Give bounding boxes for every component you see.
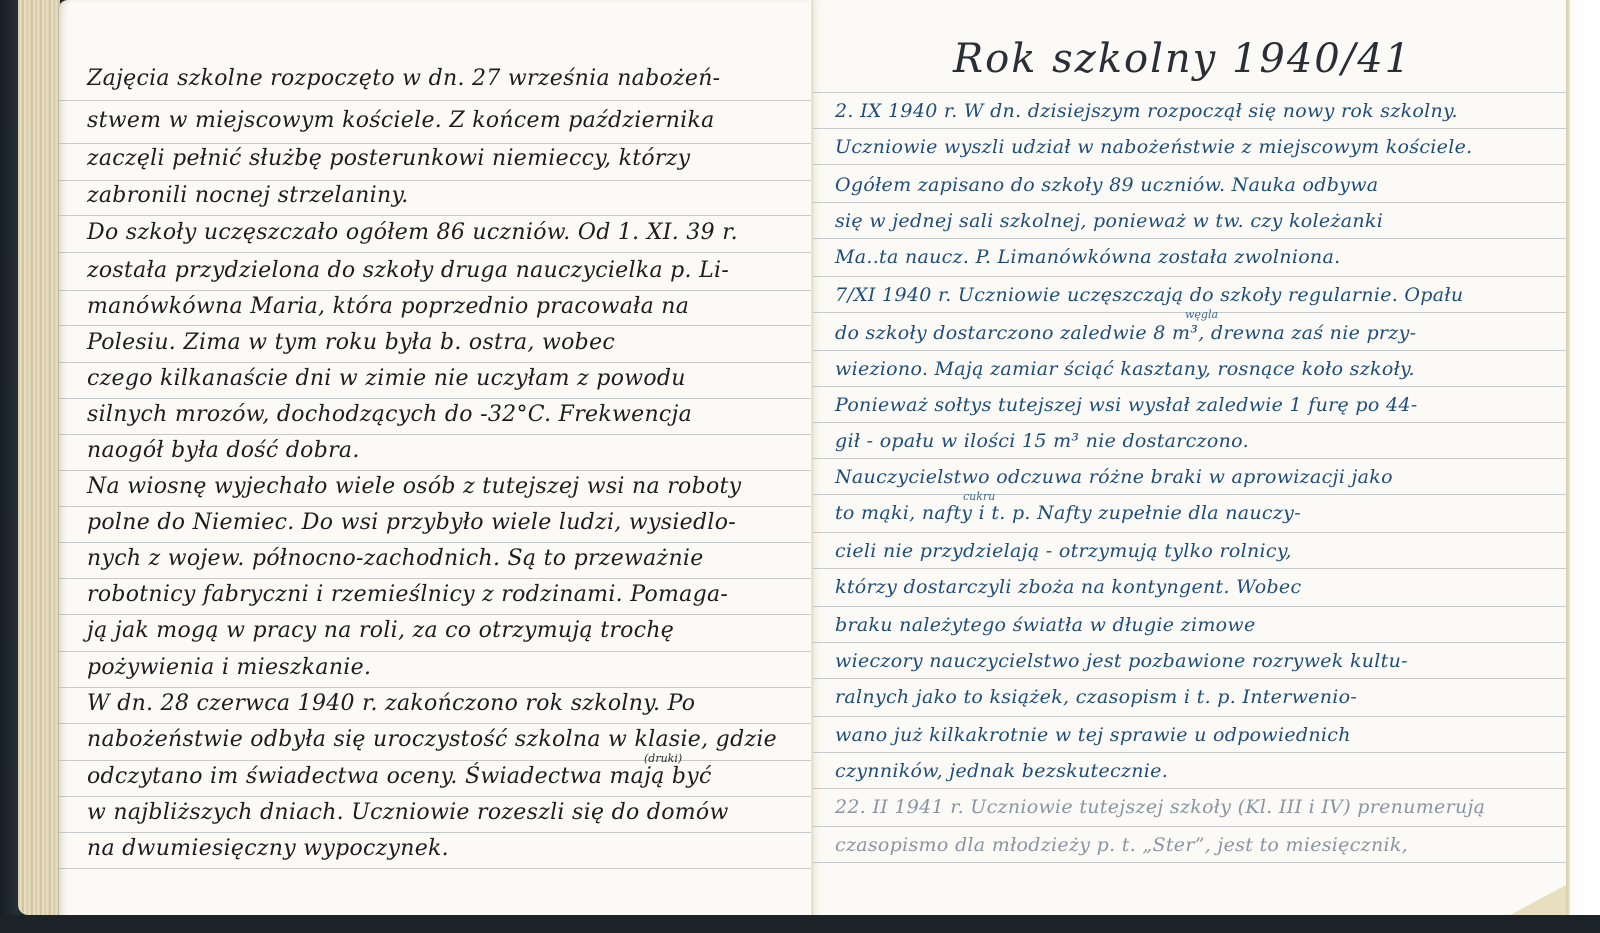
handwritten-line: wieziono. Mają zamiar ściąć kasztany, ro… bbox=[835, 358, 1415, 380]
ruling-line bbox=[813, 350, 1566, 351]
handwritten-line: nabożeństwie odbyła się uroczystość szko… bbox=[87, 727, 777, 752]
ruling-line bbox=[813, 568, 1566, 569]
ruling-line bbox=[59, 290, 814, 291]
ruling-line bbox=[59, 832, 814, 833]
handwritten-line: manówkówna Maria, która poprzednio praco… bbox=[87, 294, 689, 319]
handwritten-line: do szkoły dostarczono zaledwie 8 m³, dre… bbox=[835, 322, 1416, 344]
handwritten-line: zabronili nocnej strzelaniny. bbox=[87, 183, 409, 208]
interlinear-note: (druki) bbox=[644, 752, 682, 765]
ruling-line bbox=[813, 422, 1566, 423]
ruling-line bbox=[59, 687, 814, 688]
handwritten-line: 7/XI 1940 r. Uczniowie uczęszczają do sz… bbox=[835, 284, 1463, 306]
handwritten-line: cieli nie przydzielają - otrzymują tylko… bbox=[835, 540, 1292, 562]
handwritten-line: zaczęli pełnić służbę posterunkowi niemi… bbox=[87, 146, 690, 171]
ruling-line bbox=[813, 276, 1566, 277]
handwritten-line: naogół była dość dobra. bbox=[87, 438, 360, 463]
handwritten-line: wano już kilkakrotnie w tej sprawie u od… bbox=[835, 724, 1351, 746]
page-title: Rok szkolny 1940/41 bbox=[953, 36, 1412, 82]
ruling-line bbox=[59, 362, 814, 363]
ruling-line bbox=[59, 252, 814, 253]
ruling-line bbox=[813, 532, 1566, 533]
ruling-line bbox=[813, 606, 1566, 607]
handwritten-line: ją jak mogą w pracy na roli, za co otrzy… bbox=[87, 618, 674, 643]
handwritten-line: nych z wojew. północno-zachodnich. Są to… bbox=[87, 546, 704, 571]
ruling-line bbox=[813, 128, 1566, 129]
ruling-line bbox=[813, 716, 1566, 717]
ruling-line bbox=[813, 826, 1566, 827]
handwritten-line: się w jednej sali szkolnej, ponieważ w t… bbox=[835, 210, 1383, 232]
handwritten-line: Ponieważ sołtys tutejszej wsi wysłał zal… bbox=[835, 394, 1417, 416]
handwritten-line: czasopismo dla młodzieży p. t. „Ster”, j… bbox=[835, 834, 1408, 856]
page-corner-fold bbox=[1510, 885, 1566, 915]
ruling-line bbox=[813, 386, 1566, 387]
handwritten-line: robotnicy fabryczni i rzemieślnicy z rod… bbox=[87, 582, 728, 607]
handwritten-line: polne do Niemiec. Do wsi przybyło wiele … bbox=[87, 510, 736, 535]
ruling-line bbox=[59, 143, 814, 144]
ruling-line bbox=[813, 458, 1566, 459]
handwritten-line: gił - opału w ilości 15 m³ nie dostarczo… bbox=[835, 430, 1249, 452]
handwritten-line: pożywienia i mieszkanie. bbox=[87, 655, 371, 680]
ruling-line bbox=[813, 752, 1566, 753]
ruling-line bbox=[59, 868, 814, 869]
handwritten-line: Na wiosnę wyjechało wiele osób z tutejsz… bbox=[87, 474, 741, 499]
ruling-line bbox=[813, 238, 1566, 239]
handwritten-line: W dn. 28 czerwca 1940 r. zakończono rok … bbox=[87, 691, 695, 716]
notebook-spread: Zajęcia szkolne rozpoczęto w dn. 27 wrze… bbox=[0, 0, 1600, 933]
ruling-line bbox=[59, 470, 814, 471]
handwritten-line: Uczniowie wyszli udział w nabożeństwie z… bbox=[835, 136, 1472, 158]
ruling-line bbox=[59, 506, 814, 507]
ruling-line bbox=[59, 578, 814, 579]
handwritten-line: Nauczycielstwo odczuwa różne braki w apr… bbox=[835, 466, 1393, 488]
handwritten-line: to mąki, nafty i t. p. Nafty zupełnie dl… bbox=[835, 502, 1301, 524]
ruling-line bbox=[59, 100, 814, 101]
left-page: Zajęcia szkolne rozpoczęto w dn. 27 wrze… bbox=[58, 0, 814, 920]
page-edge-right bbox=[1566, 0, 1600, 933]
ruling-line bbox=[813, 202, 1566, 203]
handwritten-line: w najbliższych dniach. Uczniowie rozeszl… bbox=[87, 800, 729, 825]
handwritten-line: Ma..ta naucz. P. Limanówkówna została zw… bbox=[835, 246, 1340, 268]
ruling-line bbox=[813, 164, 1566, 165]
ruling-line bbox=[59, 325, 814, 326]
ruling-line bbox=[813, 642, 1566, 643]
ruling-line bbox=[59, 180, 814, 181]
ruling-line bbox=[59, 542, 814, 543]
handwritten-line: na dwumiesięczny wypoczynek. bbox=[87, 836, 449, 861]
handwritten-line: czego kilkanaście dni w zimie nie uczyła… bbox=[87, 366, 686, 391]
page-stack-edge bbox=[18, 0, 60, 915]
ruling-line bbox=[59, 215, 814, 216]
ruling-line bbox=[59, 398, 814, 399]
handwritten-line: Polesiu. Zima w tym roku była b. ostra, … bbox=[87, 330, 615, 355]
handwritten-line: Zajęcia szkolne rozpoczęto w dn. 27 wrze… bbox=[87, 66, 720, 91]
ruling-line bbox=[59, 796, 814, 797]
handwritten-line: Do szkoły uczęszczało ogółem 86 uczniów.… bbox=[87, 220, 738, 245]
ruling-line bbox=[59, 723, 814, 724]
handwritten-line: odczytano im świadectwa oceny. Świadectw… bbox=[87, 764, 712, 789]
handwritten-line: wieczory nauczycielstwo jest pozbawione … bbox=[835, 650, 1408, 672]
ruling-line bbox=[59, 651, 814, 652]
ruling-line bbox=[59, 614, 814, 615]
interlinear-note: węgla bbox=[1185, 308, 1218, 321]
handwritten-line: silnych mrozów, dochodzących do -32°C. F… bbox=[87, 402, 692, 427]
page-stack-edge bbox=[1566, 0, 1570, 915]
right-page: Rok szkolny 1940/41 2. IX 1940 r. W dn. … bbox=[813, 0, 1567, 920]
ruling-line bbox=[59, 434, 814, 435]
ruling-line bbox=[813, 862, 1566, 863]
handwritten-line: czynników, jednak bezskutecznie. bbox=[835, 760, 1168, 782]
handwritten-line: stwem w miejscowym kościele. Z końcem pa… bbox=[87, 108, 715, 133]
ruling-line bbox=[813, 678, 1566, 679]
ruling-line bbox=[59, 760, 814, 761]
interlinear-note: cukru bbox=[963, 490, 995, 503]
handwritten-line: ralnych jako to książek, czasopism i t. … bbox=[835, 686, 1357, 708]
ruling-line bbox=[813, 494, 1566, 495]
handwritten-line: 2. IX 1940 r. W dn. dzisiejszym rozpoczą… bbox=[835, 100, 1458, 122]
ruling-line bbox=[813, 788, 1566, 789]
handwritten-line: 22. II 1941 r. Uczniowie tutejszej szkoł… bbox=[835, 796, 1485, 818]
handwritten-line: którzy dostarczyli zboża na kontyngent. … bbox=[835, 576, 1301, 598]
book-cover-bottom bbox=[0, 915, 1600, 933]
handwritten-line: braku należytego światła w długie zimowe bbox=[835, 614, 1256, 636]
handwritten-line: została przydzielona do szkoły druga nau… bbox=[87, 258, 729, 283]
handwritten-line: Ogółem zapisano do szkoły 89 uczniów. Na… bbox=[835, 174, 1378, 196]
ruling-line bbox=[813, 92, 1566, 93]
